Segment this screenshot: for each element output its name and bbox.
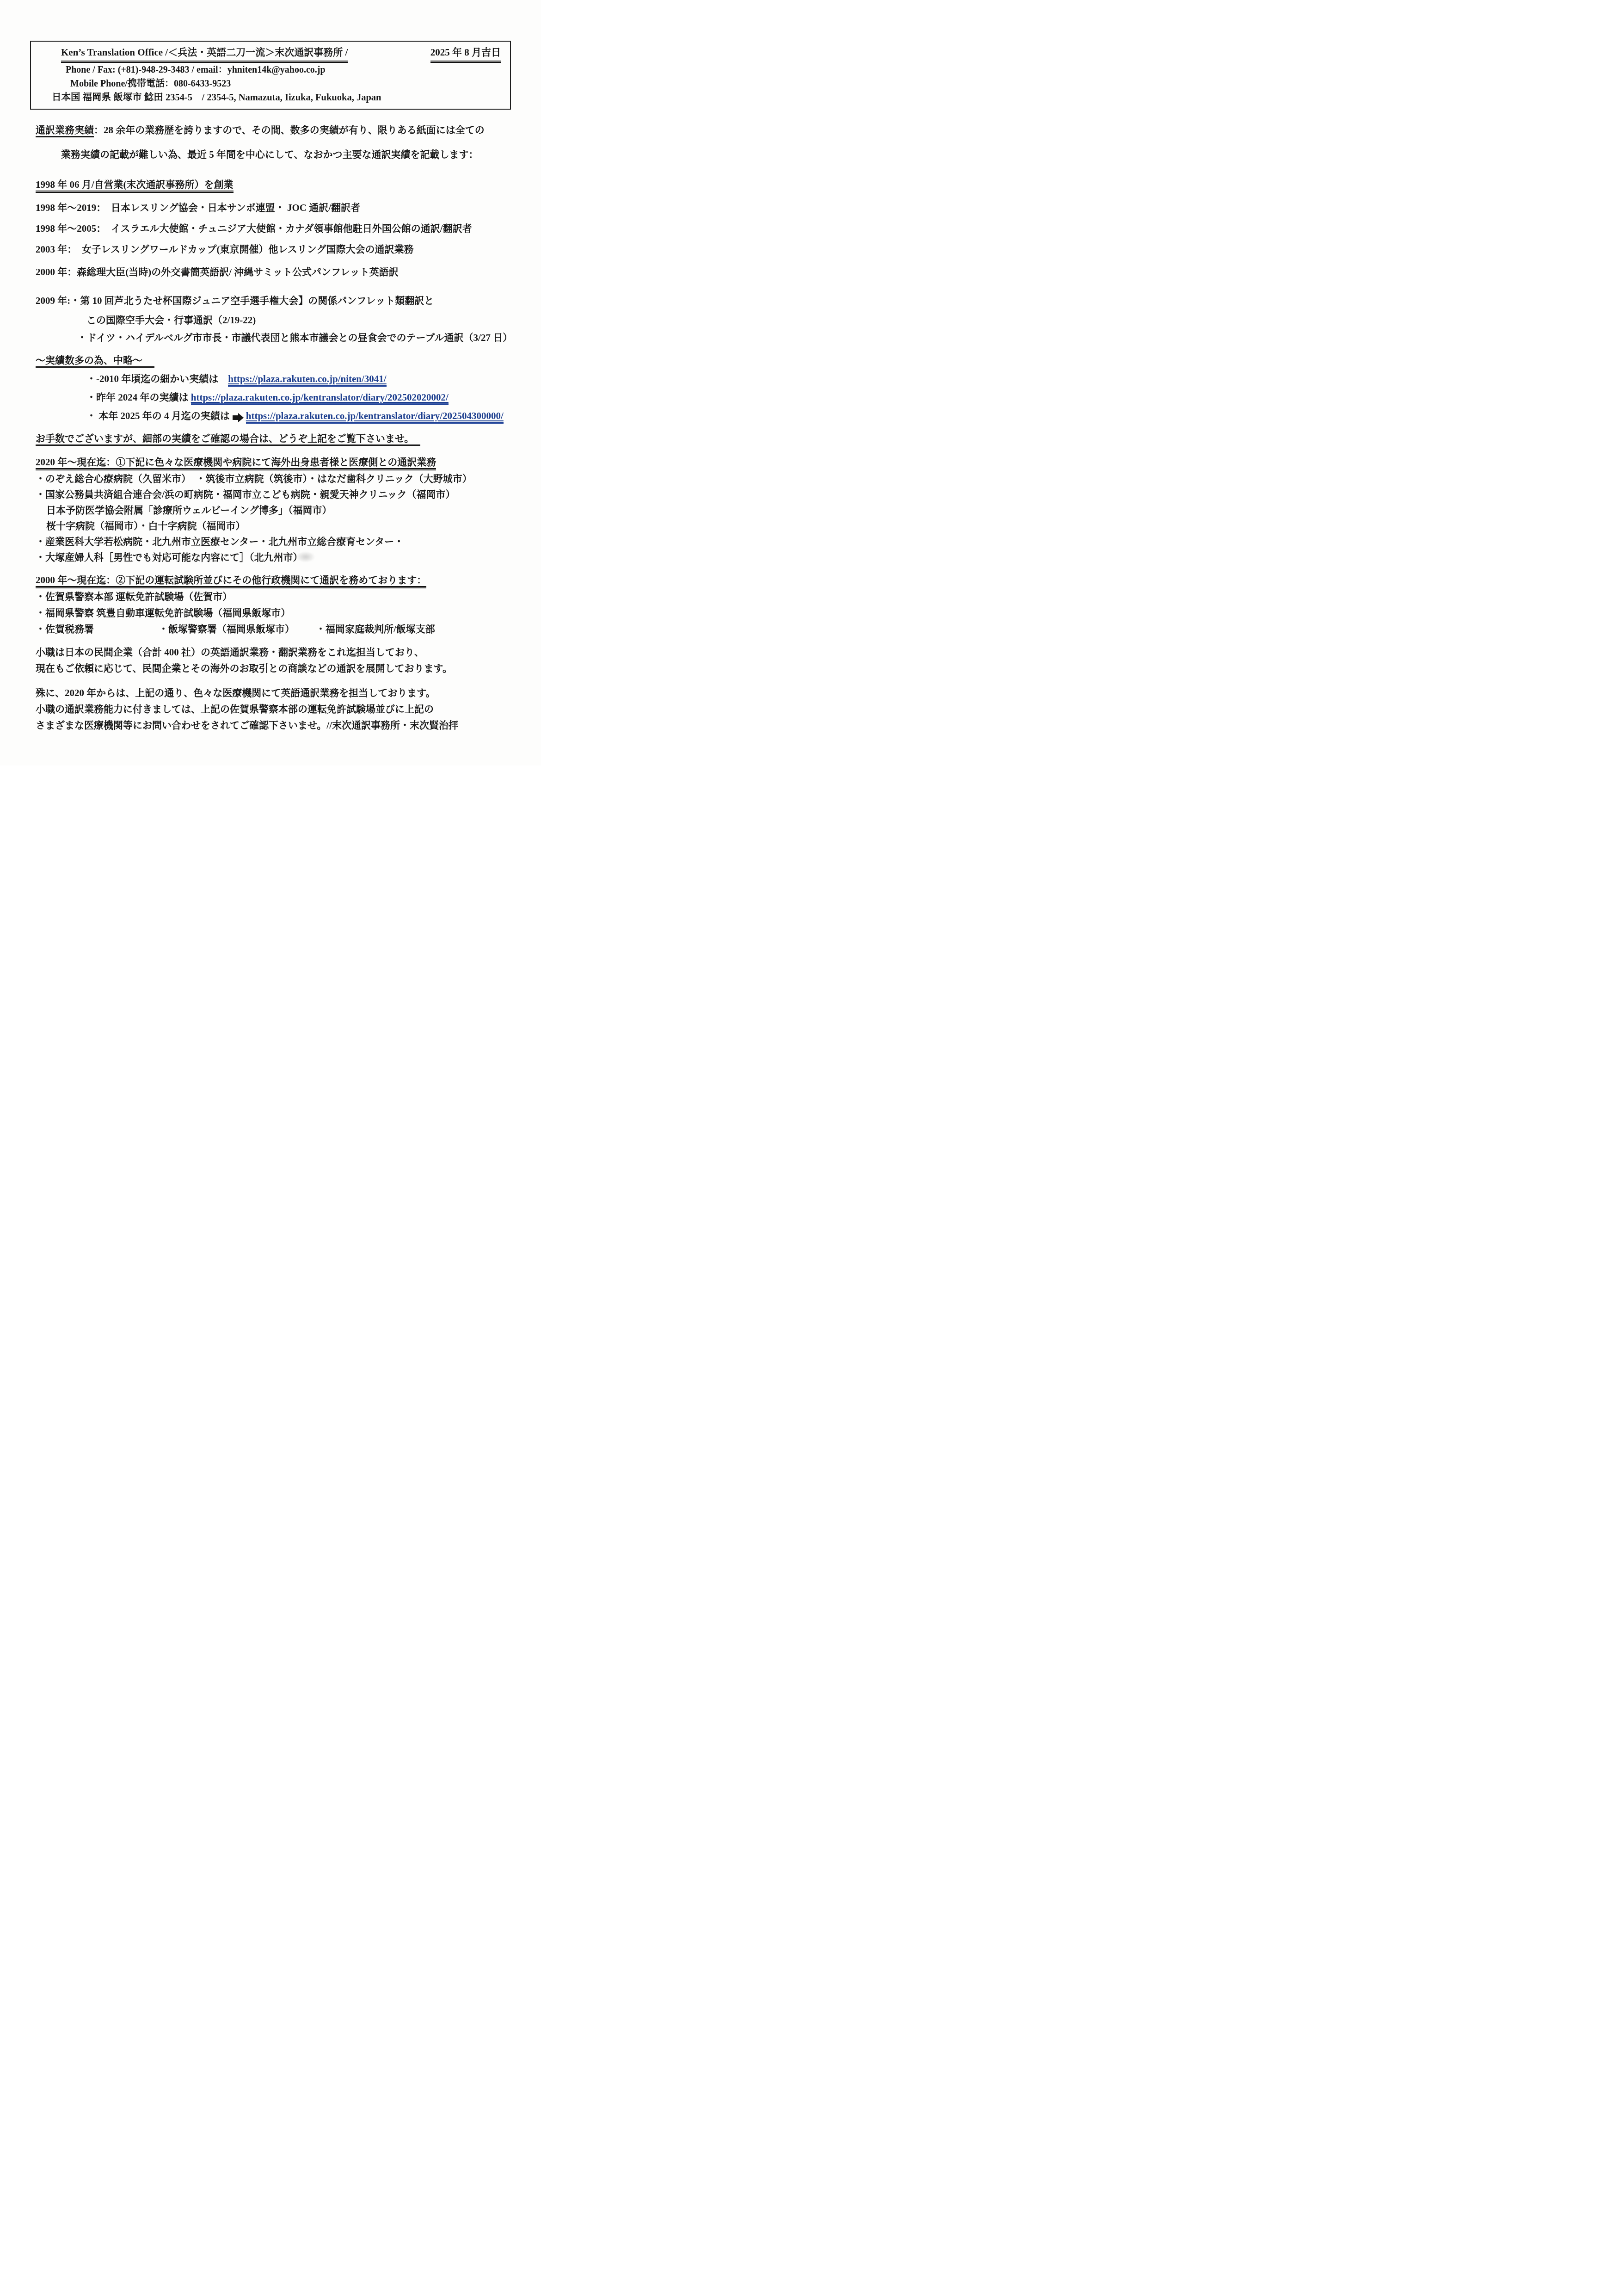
government-item: ・佐賀税務署 (36, 621, 159, 637)
intro-line-1: 通訳業務実績：28 余年の業務歴を誇りますので、その間、数多の実績が有り、限りあ… (36, 118, 523, 142)
closing-paragraph-2: 殊に、2020 年からは、上記の通り、色々な医療機関にて英語通訳業務を担当してお… (36, 685, 523, 734)
government-list: ・佐賀県警察本部 運転免許試験場（佐賀市） ・福岡県警察 筑豊自動車運転免許試験… (36, 589, 523, 637)
link-prefix: ・昨年 2024 年の実績は (86, 392, 191, 403)
founding-line-wrap: 1998 年 06 月/自営業(末次通訳事務所）を創業 (36, 174, 523, 195)
founding-line: 1998 年 06 月/自営業(末次通訳事務所）を創業 (36, 179, 234, 193)
contact-header-box: Ken’s Translation Office /＜兵法・英語二刀一流＞末次通… (30, 41, 511, 110)
medical-item: ・国家公務員共済組合連合会/浜の町病院・福岡市立こども病院・親愛天神クリニック（… (36, 487, 523, 502)
intro-line-2: 業務実績の記載が難しい為、最近 5 年間を中心にして、なおかつ主要な通訳実績を記… (36, 142, 523, 167)
career-list: 1998 年～2019： 日本レスリング協会・日本サンボ連盟・ JOC 通訳/翻… (36, 198, 523, 260)
medical-item: 桜十字病院（福岡市）・白十字病院（福岡市） (36, 518, 523, 534)
career-line: 1998 年～2019： 日本レスリング協会・日本サンボ連盟・ JOC 通訳/翻… (36, 198, 523, 218)
office-title: Ken’s Translation Office /＜兵法・英語二刀一流＞末次通… (61, 45, 348, 63)
mori-letter-line: 2000 年：森総理大臣(当時)の外交書簡英語訳/ 沖縄サミット公式パンフレット… (36, 262, 523, 283)
rakuten-link-2025[interactable]: https://plaza.rakuten.co.jp/kentranslato… (246, 410, 504, 424)
link-row: ・-2010 年頃迄の細かい実績は https://plaza.rakuten.… (86, 370, 523, 388)
header-title-row: Ken’s Translation Office /＜兵法・英語二刀一流＞末次通… (37, 45, 501, 63)
rakuten-link-2010[interactable]: https://plaza.rakuten.co.jp/niten/3041/ (228, 373, 386, 387)
government-item: ・福岡県警察 筑豊自動車運転免許試験場（福岡県飯塚市） (36, 605, 523, 621)
link-prefix: ・-2010 年頃迄の細かい実績は (86, 373, 228, 384)
karate-line-1: 2009 年:・第 10 回芦北うたせ杯国際ジュニア空手選手権大会】の関係パンフ… (36, 290, 523, 311)
government-item: ・福岡家庭裁判所/飯塚支部 (316, 623, 435, 635)
section-heading-track-record: 通訳業務実績 (36, 124, 94, 137)
medical-item: ・産業医科大学若松病院・北九州市立医療センター・北九州市立総合療育センター・ (36, 534, 523, 549)
document-page: Ken’s Translation Office /＜兵法・英語二刀一流＞末次通… (0, 0, 541, 765)
medical-list: ・のぞえ総合心療病院（久留米市） ・筑後市立病院（筑後市）・はなだ歯科クリニック… (36, 471, 523, 565)
right-arrow-icon (233, 407, 244, 426)
closing-paragraph-1: 小職は日本の民間企業（合計 400 社）の英語通訳業務・翻訳業務をこれ迄担当して… (36, 644, 523, 677)
karate-line-2: この国際空手大会・行事通訳（2/19-22) (36, 311, 523, 329)
career-line: 1998 年～2005： イスラエル大使館・チュニジア大使館・カナダ領事館他駐日… (36, 218, 523, 239)
mobile-phone-line: Mobile Phone/携帯電話：080-6433-9523 (70, 77, 501, 91)
government-item: ・飯塚警察署（福岡県飯塚市） (159, 621, 316, 637)
government-item: ・佐賀県警察本部 運転免許試験場（佐賀市） (36, 589, 523, 605)
section-heading-government: 2000 年～現在迄：②下記の運転試験所並びにその他行政機関にて通訳を務めており… (36, 574, 426, 588)
government-row: ・佐賀税務署・飯塚警察署（福岡県飯塚市）・福岡家庭裁判所/飯塚支部 (36, 621, 523, 637)
closing-line: 小職は日本の民間企業（合計 400 社）の英語通訳業務・翻訳業務をこれ迄担当して… (36, 644, 523, 660)
medical-item: ・のぞえ総合心療病院（久留米市） ・筑後市立病院（筑後市）・はなだ歯科クリニック… (36, 471, 523, 487)
link-row: ・ 本年 2025 年の 4 月迄の実績はhttps://plaza.rakut… (86, 407, 523, 426)
closing-line: さまざまな医療機関等にお問い合わせをされてご確認下さいませ。//末次通訳事務所・… (36, 717, 523, 734)
phone-fax-email-line: Phone / Fax: (+81)-948-29-3483 / email：y… (66, 63, 501, 77)
address-line: 日本国 福岡県 飯塚市 鯰田 2354-5 / 2354-5, Namazuta… (52, 91, 501, 105)
closing-line: 現在もご依頼に応じて、民間企業とその海外のお取引との商談などの通訳を展開しており… (36, 660, 523, 677)
intro-paragraph: 通訳業務実績：28 余年の業務歴を誇りますので、その間、数多の実績が有り、限りあ… (36, 118, 523, 167)
document-date: 2025 年 8 月吉日 (430, 45, 501, 63)
request-note-wrap: お手数でございますが、細部の実績をご確認の場合は、どうぞ上記をご覧下さいませ。 (36, 430, 523, 447)
request-note: お手数でございますが、細部の実績をご確認の場合は、どうぞ上記をご覧下さいませ。 (36, 433, 420, 446)
career-line: 2003 年： 女子レスリングワールドカップ(東京開催）他レスリング国際大会の通… (36, 239, 523, 260)
omission-note: ～実績数多の為、中略～ (36, 355, 154, 368)
karate-line-3: ・ドイツ・ハイデルベルグ市市長・市議代表団と熊本市議会との昼食会でのテーブル通訳… (36, 329, 523, 346)
omission-note-wrap: ～実績数多の為、中略～ (36, 352, 523, 369)
medical-item: ・大塚産婦人科［男性でも対応可能な内容にて］（北九州市） (36, 549, 523, 565)
section-heading-medical: 2020 年～現在迄：①下記に色々な医療機関や病院にて海外出身患者様と医療側との… (36, 457, 436, 470)
closing-line: 小職の通訳業務能力に付きましては、上記の佐賀県警察本部の運転免許試験場並びに上記… (36, 701, 523, 717)
link-row: ・昨年 2024 年の実績は https://plaza.rakuten.co.… (86, 388, 523, 407)
medical-item: 日本予防医学協会附属「診療所ウェルビーイング博多」（福岡市） (36, 502, 523, 518)
blog-links-block: ・-2010 年頃迄の細かい実績は https://plaza.rakuten.… (36, 370, 523, 426)
intro-line-1-rest: ：28 余年の業務歴を誇りますので、その間、数多の実績が有り、限りある紙面には全… (94, 124, 485, 136)
closing-line: 殊に、2020 年からは、上記の通り、色々な医療機関にて英語通訳業務を担当してお… (36, 685, 523, 701)
karate-2009-block: 2009 年:・第 10 回芦北うたせ杯国際ジュニア空手選手権大会】の関係パンフ… (36, 290, 523, 346)
government-heading-wrap: 2000 年～現在迄：②下記の運転試験所並びにその他行政機関にて通訳を務めており… (36, 571, 523, 589)
link-prefix: ・ 本年 2025 年の 4 月迄の実績は (86, 410, 230, 421)
medical-heading-wrap: 2020 年～現在迄：①下記に色々な医療機関や病院にて海外出身患者様と医療側との… (36, 453, 523, 471)
rakuten-link-2024[interactable]: https://plaza.rakuten.co.jp/kentranslato… (191, 392, 449, 405)
